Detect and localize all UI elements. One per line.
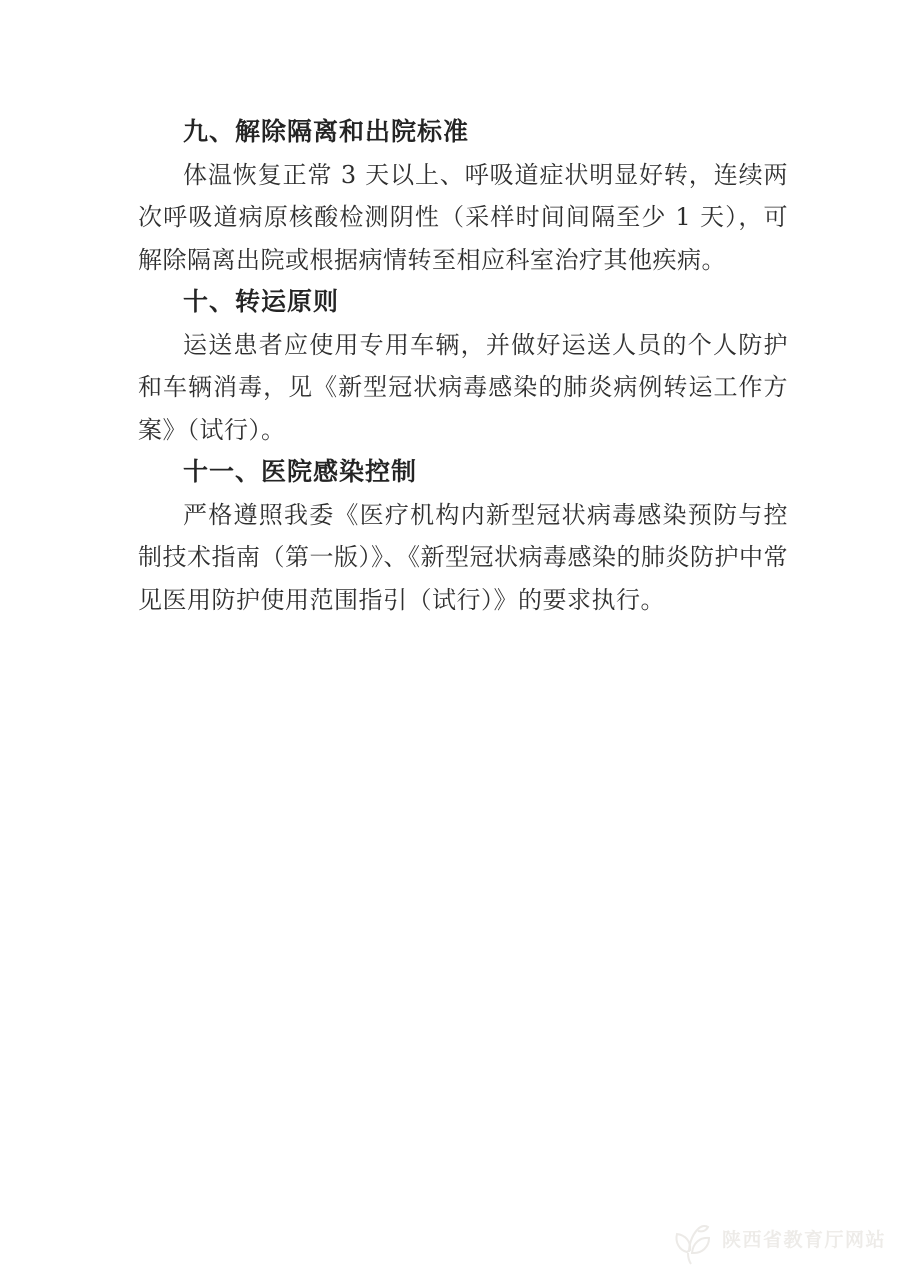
document-body: 九、解除隔离和出院标准 体温恢复正常 3 天以上、呼吸道症状明显好转，连续两次呼… [138,111,788,621]
watermark: 陕西省教育厅网站 [673,1222,886,1266]
section-heading-10: 十、转运原则 [138,281,788,324]
leaf-sprout-icon [673,1222,719,1266]
section-paragraph-11: 严格遵照我委《医疗机构内新型冠状病毒感染预防与控制技术指南（第一版）》、《新型冠… [138,494,788,622]
section-heading-11: 十一、医院感染控制 [138,451,788,494]
watermark-text: 陕西省教育厅网站 [722,1225,886,1252]
section-paragraph-10: 运送患者应使用专用车辆，并做好运送人员的个人防护和车辆消毒，见《新型冠状病毒感染… [138,324,788,452]
section-heading-9: 九、解除隔离和出院标准 [138,111,788,154]
section-paragraph-9: 体温恢复正常 3 天以上、呼吸道症状明显好转，连续两次呼吸道病原核酸检测阴性（采… [138,154,788,282]
